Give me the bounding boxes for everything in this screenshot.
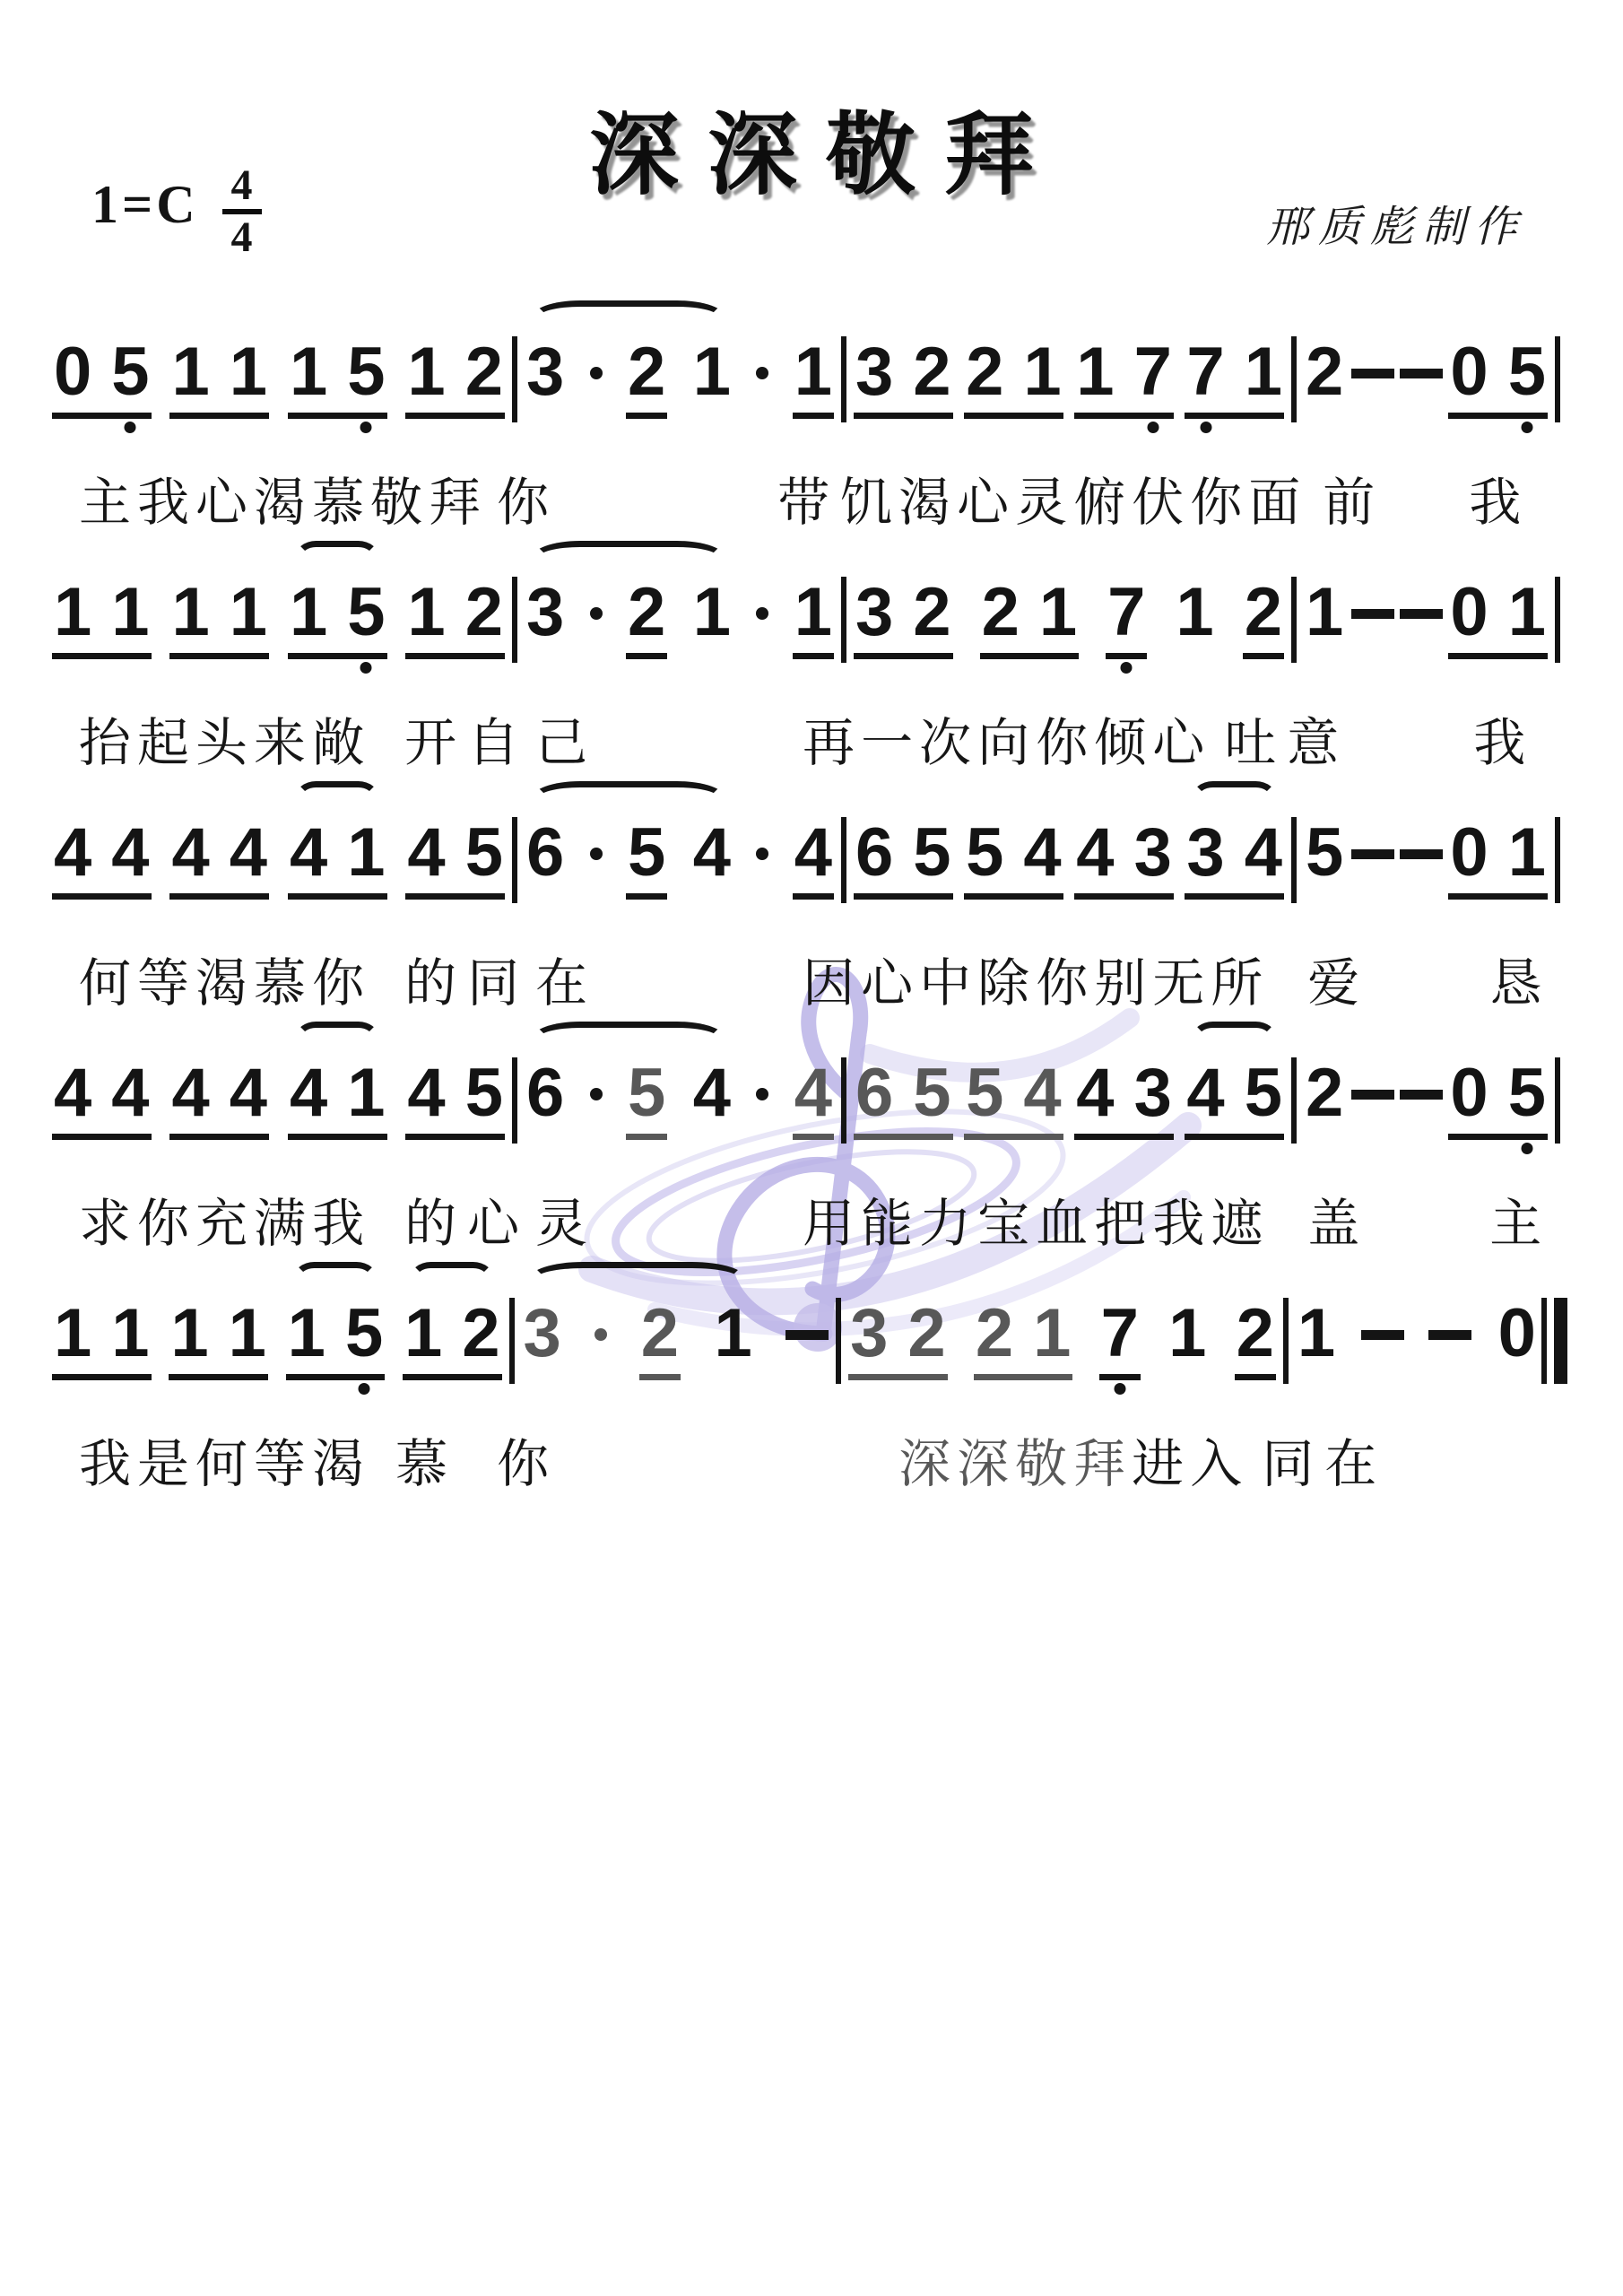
lyric-char: 能 xyxy=(861,1196,913,1253)
notes-row: 05111512321132211771205 xyxy=(52,336,1571,430)
lyric-char: 灵 xyxy=(535,1196,587,1253)
note-digit: 2 xyxy=(907,1298,945,1370)
measure: 3211 xyxy=(525,577,834,659)
beam-group: 11 xyxy=(52,577,152,659)
lyric-char: 宝 xyxy=(977,1196,1029,1253)
lyric-char: 入 xyxy=(1190,1436,1242,1493)
beam-group: 45 xyxy=(1185,1057,1284,1140)
lyric-char: 我 xyxy=(1473,715,1525,772)
note-digit: 5 xyxy=(465,1057,503,1129)
note-digit: 3 xyxy=(855,336,893,408)
barline xyxy=(512,577,517,663)
note-digit: 1 xyxy=(1023,336,1061,408)
note-digit: 6 xyxy=(526,817,564,889)
lyric-char: 同 xyxy=(1262,1436,1314,1493)
augmentation-dot xyxy=(590,607,603,620)
measure: 205 xyxy=(1304,1057,1548,1140)
duration-dash xyxy=(1361,1330,1404,1340)
beam-group: 21 xyxy=(974,1298,1073,1380)
lyric-char: 中 xyxy=(919,955,971,1013)
note-digit: 1 xyxy=(288,1298,325,1370)
note: 6 xyxy=(525,1057,566,1134)
beam-group: 34 xyxy=(1185,817,1284,900)
note: 1 xyxy=(1167,1298,1208,1374)
note: 4 xyxy=(793,1057,834,1140)
lyric-char: 你 xyxy=(1190,474,1242,532)
lyric-char: 灵 xyxy=(1015,474,1067,532)
note-digit: 4 xyxy=(1023,1057,1061,1129)
note: 3 xyxy=(525,336,566,413)
note-digit: 1 xyxy=(229,1298,266,1370)
beam-group: 41 xyxy=(288,817,387,900)
lyric-char: 等 xyxy=(254,1436,306,1493)
beam-group: 44 xyxy=(169,1057,269,1140)
note-digit: 1 xyxy=(230,336,267,408)
note-digit: 0 xyxy=(1450,577,1488,648)
lyric-char: 我 xyxy=(312,1196,364,1253)
beam-group: 44 xyxy=(169,817,269,900)
lyric-char: 因 xyxy=(803,955,855,1013)
lyric-char: 倾 xyxy=(1094,715,1146,772)
note-digit: 2 xyxy=(462,1298,499,1370)
slur-arc xyxy=(532,1022,725,1056)
lyric-char: 主 xyxy=(79,474,131,532)
beam-group: 05 xyxy=(52,336,152,419)
barline xyxy=(1291,336,1297,422)
lyric-char: 渴 xyxy=(254,474,306,532)
notes-row: 44444145654465544345205 xyxy=(52,1057,1571,1151)
beam-group: 01 xyxy=(1448,817,1548,900)
duration-dash xyxy=(1400,369,1443,378)
note: 1 xyxy=(1174,577,1215,653)
note-digit: 2 xyxy=(1237,1298,1274,1370)
note: 1 xyxy=(793,577,834,659)
beam-group: 17 xyxy=(1074,336,1174,419)
slur-arc xyxy=(532,300,725,335)
note-digit: 4 xyxy=(693,1057,731,1129)
note-digit: 3 xyxy=(526,336,564,408)
measure: 11111512 xyxy=(52,1298,502,1380)
note-digit: 2 xyxy=(465,577,503,648)
duration-dash xyxy=(1351,369,1394,378)
barline xyxy=(512,336,517,422)
note-digit: 4 xyxy=(794,817,832,889)
measure: 05111512 xyxy=(52,336,505,419)
barline xyxy=(1555,1057,1560,1144)
lyric-char: 进 xyxy=(1132,1436,1184,1493)
note-digit: 4 xyxy=(111,1057,149,1129)
slur-arc xyxy=(295,781,378,815)
note-digit: 4 xyxy=(1186,1057,1224,1129)
lyric-char: 心 xyxy=(195,474,247,532)
beam-group: 11 xyxy=(169,577,269,659)
note-digit: 1 xyxy=(1039,577,1077,648)
final-barline-thick xyxy=(1554,1298,1567,1384)
lyric-char: 抬 xyxy=(79,715,131,772)
note-digit: 0 xyxy=(1450,1057,1488,1129)
note: 2 xyxy=(639,1298,681,1380)
slur-arc xyxy=(1192,1022,1276,1056)
lyric-char: 你 xyxy=(312,955,364,1013)
beam-group: 15 xyxy=(286,1298,386,1380)
augmentation-dot xyxy=(756,607,768,620)
note-digit: 4 xyxy=(54,817,91,889)
note-digit: 4 xyxy=(171,817,209,889)
note-digit: 1 xyxy=(1033,1298,1071,1370)
lyrics-row: 求你充满我的心灵用能力宝血把我遮盖主 xyxy=(52,1196,1571,1253)
beam-group: 32 xyxy=(854,577,953,659)
note: 2 xyxy=(1243,577,1284,659)
credit-text: 邢质彪制作 xyxy=(1266,192,1526,254)
score-line: 1111151232113221712101抬起头来敞开自己再一次向你倾心吐意我 xyxy=(52,577,1571,772)
note-digit: 1 xyxy=(171,577,209,648)
beam-group: 54 xyxy=(964,817,1063,900)
note-digit: 5 xyxy=(465,817,503,889)
time-numerator: 4 xyxy=(231,165,253,206)
note: 1 xyxy=(793,336,834,419)
note: 0 xyxy=(1497,1298,1538,1374)
slur-arc xyxy=(410,1262,493,1296)
lyric-char: 遮 xyxy=(1211,1196,1263,1253)
note-digit: 3 xyxy=(526,577,564,648)
note: 4 xyxy=(691,1057,733,1134)
lyric-char: 敞 xyxy=(312,715,364,772)
lyric-char: 恳 xyxy=(1489,955,1541,1013)
note-digit: 4 xyxy=(230,1057,267,1129)
barline xyxy=(1555,336,1560,422)
lyric-char: 带 xyxy=(777,474,829,532)
measure: 11111512 xyxy=(52,577,505,659)
slur-arc xyxy=(295,541,378,575)
lyric-char: 深 xyxy=(898,1436,950,1493)
note-digit: 3 xyxy=(524,1298,561,1370)
note: 2 xyxy=(1304,336,1345,413)
lyric-char: 心 xyxy=(1152,715,1204,772)
barline xyxy=(836,1298,841,1384)
lyric-char: 前 xyxy=(1323,474,1375,532)
score-line: 11111512321322171210我是何等渴慕你深深敬拜进入同在 xyxy=(52,1298,1571,1493)
beam-group: 01 xyxy=(1448,577,1548,659)
lyrics-row: 我是何等渴慕你深深敬拜进入同在 xyxy=(52,1436,1571,1493)
note-digit: 1 xyxy=(1245,336,1282,408)
note: 1 xyxy=(691,336,733,413)
note-digit: 1 xyxy=(170,1298,208,1370)
augmentation-dot xyxy=(756,848,768,860)
note: 3 xyxy=(525,577,566,653)
barline xyxy=(512,817,517,903)
lyric-char: 满 xyxy=(254,1196,306,1253)
note-digit: 2 xyxy=(913,577,950,648)
augmentation-dot xyxy=(595,1328,607,1341)
measure: 32211771 xyxy=(854,336,1284,419)
augmentation-dot xyxy=(590,848,603,860)
note-digit: 2 xyxy=(628,577,665,648)
lyric-char: 开 xyxy=(404,715,456,772)
lyric-char: 充 xyxy=(195,1196,247,1253)
lyric-char: 等 xyxy=(137,955,189,1013)
duration-dash xyxy=(1400,609,1443,619)
lyric-char: 头 xyxy=(195,715,247,772)
slur-arc xyxy=(293,1262,377,1296)
measure: 65544334 xyxy=(854,817,1284,900)
barline xyxy=(1291,817,1297,903)
notes-row: 11111512321322171210 xyxy=(52,1298,1571,1391)
lyric-char: 无 xyxy=(1152,955,1204,1013)
beam-group: 12 xyxy=(405,336,505,419)
note: 7 xyxy=(1099,1298,1141,1380)
note-digit: 2 xyxy=(628,336,665,408)
beam-group: 45 xyxy=(405,817,505,900)
beam-group: 43 xyxy=(1074,1057,1174,1140)
note-digit: 2 xyxy=(641,1298,679,1370)
beam-group: 21 xyxy=(964,336,1063,419)
lyric-char: 何 xyxy=(79,955,131,1013)
note-digit: 4 xyxy=(290,1057,327,1129)
lyric-char: 的 xyxy=(404,1196,456,1253)
barline xyxy=(841,336,846,422)
beam-group: 11 xyxy=(52,1298,152,1380)
note: 2 xyxy=(1304,1057,1345,1134)
beam-group: 32 xyxy=(848,1298,948,1380)
note-digit: 4 xyxy=(290,817,327,889)
lyrics-row: 主我心渴慕敬拜你带饥渴心灵俯伏你面前我 xyxy=(52,474,1571,532)
time-denominator: 4 xyxy=(231,217,253,258)
final-barline xyxy=(1541,1298,1567,1384)
note-digit: 1 xyxy=(794,336,832,408)
note-digit: 1 xyxy=(794,577,832,648)
notes-row: 1111151232113221712101 xyxy=(52,577,1571,670)
note-digit: 3 xyxy=(850,1298,888,1370)
note-digit: 1 xyxy=(171,336,209,408)
lyrics-row: 抬起头来敞开自己再一次向你倾心吐意我 xyxy=(52,715,1571,772)
lyric-char: 慕 xyxy=(312,474,364,532)
barline xyxy=(1291,577,1297,663)
lyric-char: 来 xyxy=(254,715,306,772)
note-digit: 4 xyxy=(230,817,267,889)
lyric-char: 起 xyxy=(137,715,189,772)
lyric-char: 敬 xyxy=(1015,1436,1067,1493)
note-digit: 2 xyxy=(976,1298,1013,1370)
note-digit: 1 xyxy=(407,336,445,408)
note-digit: 7 xyxy=(1107,577,1145,648)
lyrics-row: 何等渴慕你的同在因心中除你别无所爱恳 xyxy=(52,955,1571,1013)
note-digit: 4 xyxy=(407,1057,445,1129)
note-digit: 7 xyxy=(1134,336,1172,408)
score-line: 44444145654465544334501何等渴慕你的同在因心中除你别无所爱… xyxy=(52,817,1571,1013)
beam-group: 65 xyxy=(854,817,953,900)
beam-group: 11 xyxy=(169,1298,268,1380)
lyric-char: 俯 xyxy=(1073,474,1125,532)
note-digit: 2 xyxy=(1245,577,1282,648)
slur-arc xyxy=(295,1022,378,1056)
note-digit: 2 xyxy=(982,577,1020,648)
barline xyxy=(1291,1057,1297,1144)
note-digit: 1 xyxy=(1176,577,1213,648)
lyric-char: 伏 xyxy=(1132,474,1184,532)
note-digit: 4 xyxy=(1076,1057,1114,1129)
barline xyxy=(841,577,846,663)
lyric-char: 你 xyxy=(497,1436,549,1493)
note: 1 xyxy=(691,577,733,653)
lyric-char: 慕 xyxy=(254,955,306,1013)
lyric-char: 把 xyxy=(1094,1196,1146,1253)
barline xyxy=(841,1057,846,1144)
lyric-char: 心 xyxy=(467,1196,519,1253)
note-digit: 6 xyxy=(526,1057,564,1129)
slur-arc xyxy=(532,781,725,815)
duration-dash xyxy=(1428,1330,1471,1340)
lyric-char: 我 xyxy=(137,474,189,532)
note-digit: 6 xyxy=(855,817,893,889)
key-signature: 1=C 4 4 xyxy=(91,176,262,258)
note-digit: 1 xyxy=(714,1298,751,1370)
measure: 3221712 xyxy=(854,577,1284,659)
final-barline-thin xyxy=(1541,1298,1547,1384)
lyric-char: 面 xyxy=(1248,474,1300,532)
note-digit: 4 xyxy=(1076,817,1114,889)
notes-row: 44444145654465544334501 xyxy=(52,817,1571,910)
note: 5 xyxy=(1304,817,1345,893)
lyric-char: 一 xyxy=(861,715,913,772)
measure: 501 xyxy=(1304,817,1548,900)
lyric-char: 我 xyxy=(1152,1196,1204,1253)
lyric-char: 盖 xyxy=(1307,1196,1359,1253)
note: 4 xyxy=(691,817,733,893)
note-digit: 4 xyxy=(1245,817,1282,889)
barline xyxy=(509,1298,515,1384)
lyric-char: 饥 xyxy=(840,474,892,532)
note-digit: 4 xyxy=(171,1057,209,1129)
note-digit: 3 xyxy=(855,577,893,648)
note: 1 xyxy=(1296,1298,1337,1374)
lyric-char: 用 xyxy=(803,1196,855,1253)
key-label: 1=C xyxy=(91,176,199,233)
beam-group: 11 xyxy=(169,336,269,419)
note-digit: 2 xyxy=(465,336,503,408)
note-digit: 1 xyxy=(1508,817,1546,889)
lyric-char: 向 xyxy=(977,715,1029,772)
measure: 101 xyxy=(1304,577,1548,659)
lyric-char: 你 xyxy=(1036,955,1088,1013)
augmentation-dot xyxy=(756,367,768,379)
note: 2 xyxy=(1235,1298,1276,1380)
measure: 44444145 xyxy=(52,1057,505,1140)
lyric-char: 自 xyxy=(467,715,519,772)
beam-group: 21 xyxy=(980,577,1080,659)
note: 5 xyxy=(626,817,667,900)
lyric-char: 渴 xyxy=(195,955,247,1013)
lyric-char: 深 xyxy=(957,1436,1009,1493)
note: 6 xyxy=(525,817,566,893)
duration-dash xyxy=(1351,609,1394,619)
duration-dash xyxy=(1400,849,1443,859)
note-digit: 3 xyxy=(1134,1057,1172,1129)
measure: 205 xyxy=(1304,336,1548,419)
note-digit: 5 xyxy=(1245,1057,1282,1129)
lyric-char: 我 xyxy=(1469,474,1521,532)
lyric-char: 拜 xyxy=(429,474,481,532)
note-digit: 1 xyxy=(54,1298,91,1370)
note: 4 xyxy=(793,817,834,900)
beam-group: 12 xyxy=(405,577,505,659)
note-digit: 1 xyxy=(111,1298,149,1370)
lyric-char: 敬 xyxy=(370,474,422,532)
beam-group: 05 xyxy=(1448,1057,1548,1140)
lyric-char: 你 xyxy=(137,1196,189,1253)
note-digit: 2 xyxy=(913,336,950,408)
note-digit: 1 xyxy=(290,577,327,648)
note-digit: 1 xyxy=(290,336,327,408)
note-digit: 3 xyxy=(1186,817,1224,889)
note-digit: 5 xyxy=(966,1057,1003,1129)
lyric-char: 在 xyxy=(1324,1436,1376,1493)
note-digit: 3 xyxy=(1134,817,1172,889)
note-digit: 5 xyxy=(347,577,385,648)
beam-group: 41 xyxy=(288,1057,387,1140)
duration-dash xyxy=(785,1330,829,1340)
note-digit: 2 xyxy=(1306,1057,1343,1129)
lyric-char: 慕 xyxy=(395,1436,447,1493)
lyric-char: 求 xyxy=(79,1196,131,1253)
note-digit: 6 xyxy=(855,1057,893,1129)
note-digit: 1 xyxy=(111,577,149,648)
lyric-char: 在 xyxy=(535,955,587,1013)
note-digit: 5 xyxy=(966,817,1003,889)
augmentation-dot xyxy=(590,1088,603,1100)
lyric-char: 的 xyxy=(404,955,456,1013)
lyric-char: 拜 xyxy=(1073,1436,1125,1493)
note-digit: 1 xyxy=(1298,1298,1335,1370)
beam-group: 44 xyxy=(52,1057,152,1140)
note-digit: 4 xyxy=(54,1057,91,1129)
lyric-char: 除 xyxy=(977,955,1029,1013)
note-digit: 4 xyxy=(111,817,149,889)
note-digit: 1 xyxy=(54,577,91,648)
note-digit: 7 xyxy=(1186,336,1224,408)
score-line: 44444145654465544345205求你充满我的心灵用能力宝血把我遮盖… xyxy=(52,1057,1571,1253)
note: 1 xyxy=(712,1298,753,1374)
beam-group: 65 xyxy=(854,1057,953,1140)
lyric-char: 意 xyxy=(1287,715,1339,772)
note-digit: 2 xyxy=(1306,336,1343,408)
note-digit: 1 xyxy=(1168,1298,1206,1370)
slur-arc xyxy=(532,541,725,575)
lyric-char: 渴 xyxy=(898,474,950,532)
note-digit: 1 xyxy=(1508,577,1546,648)
beam-group: 15 xyxy=(288,336,387,419)
lyric-char: 力 xyxy=(919,1196,971,1253)
note-digit: 2 xyxy=(966,336,1003,408)
slur-arc xyxy=(1192,781,1276,815)
note-digit: 1 xyxy=(1306,577,1343,648)
lyric-char: 渴 xyxy=(312,1436,364,1493)
measure: 6544 xyxy=(525,1057,834,1140)
lyric-char: 血 xyxy=(1036,1196,1088,1253)
lyric-char: 我 xyxy=(79,1436,131,1493)
note: 2 xyxy=(626,577,667,659)
note-digit: 7 xyxy=(1101,1298,1139,1370)
note-digit: 1 xyxy=(230,577,267,648)
note-digit: 1 xyxy=(347,1057,385,1129)
measure: 6544 xyxy=(525,817,834,900)
lyric-char: 心 xyxy=(861,955,913,1013)
lyric-char: 同 xyxy=(467,955,519,1013)
barline xyxy=(1555,817,1560,903)
note: 1 xyxy=(1304,577,1345,653)
note-digit: 5 xyxy=(913,817,950,889)
barline xyxy=(1283,1298,1289,1384)
note-digit: 1 xyxy=(1076,336,1114,408)
